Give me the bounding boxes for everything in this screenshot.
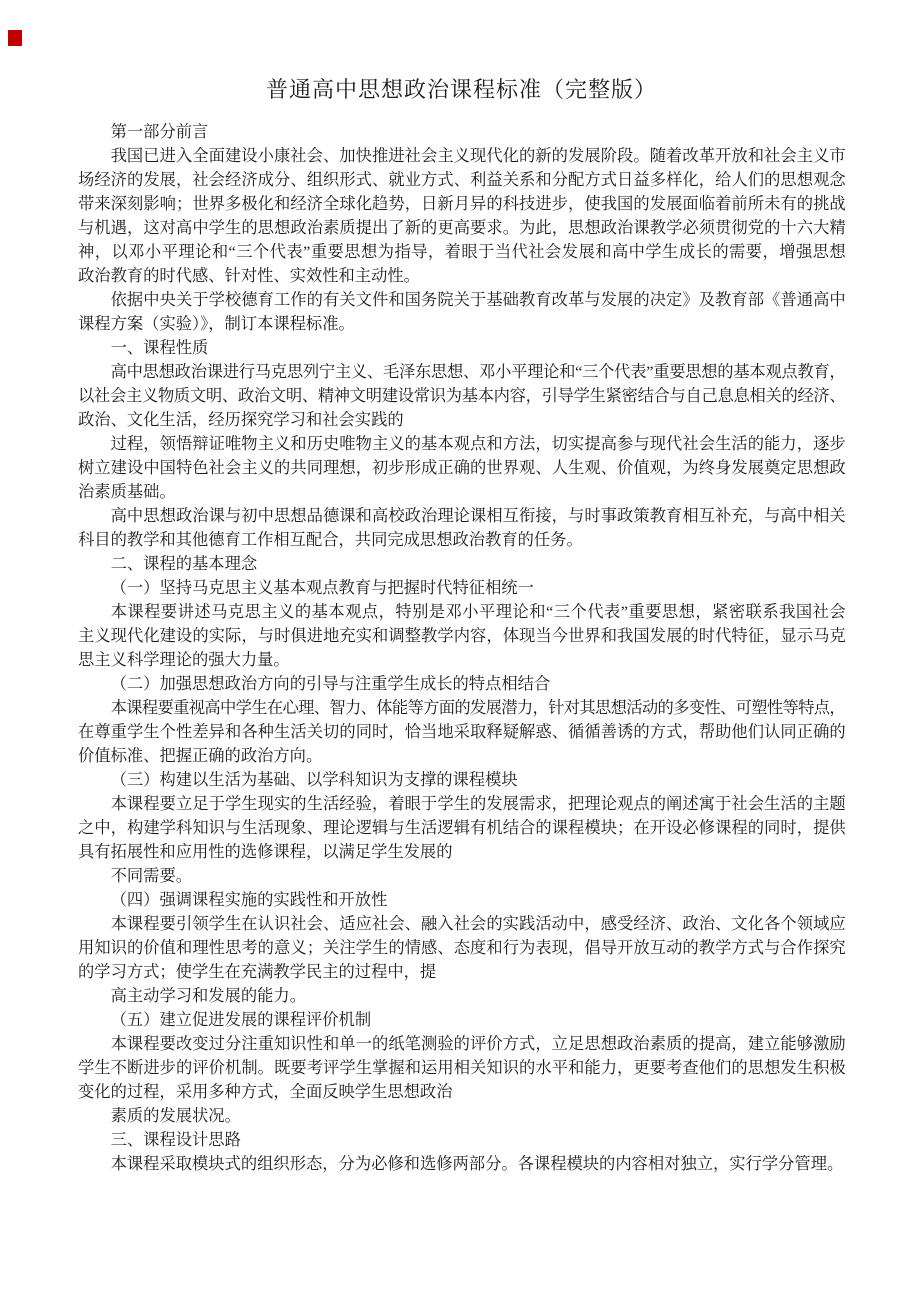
text-line: 政治教育的时代感、针对性、实效性和主动性。 (78, 264, 845, 288)
text-line: 神，以邓小平理论和“三个代表”重要思想为指导，着眼于当代社会发展和高中学生成长的… (78, 240, 845, 264)
text-line: 高中思想政治课进行马克思列宁主义、毛泽东思想、邓小平理论和“三个代表”重要思想的… (78, 360, 845, 384)
text-line: 带来深刻影响；世界多极化和经济全球化趋势，日新月异的科技进步，使我国的发展面临着… (78, 192, 845, 216)
text-line: 之中，构建学科知识与生活现象、理论逻辑与生活逻辑有机结合的课程模块；在开设必修课… (78, 816, 845, 840)
text-line: 依据中央关于学校德育工作的有关文件和国务院关于基础教育改革与发展的决定》及教育部… (78, 288, 845, 312)
text-line: 不同需要。 (78, 864, 845, 888)
document-page: 普通高中思想政治课程标准（完整版） 第一部分前言我国已进入全面建设小康社会、加快… (0, 0, 920, 1302)
text-line: 与机遇，这对高中学生的思想政治素质提出了新的更高要求。为此，思想政治课教学必须贯… (78, 216, 845, 240)
text-line: 高主动学习和发展的能力。 (78, 984, 845, 1008)
red-annotation-marker (8, 30, 22, 46)
text-line: 治素质基础。 (78, 480, 845, 504)
text-line: 本课程要重视高中学生在心理、智力、体能等方面的发展潜力，针对其思想活动的多变性、… (78, 696, 845, 720)
text-line: 树立建设中国特色社会主义的共同理想，初步形成正确的世界观、人生观、价值观，为终身… (78, 456, 845, 480)
text-line: （一）坚持马克思主义基本观点教育与把握时代特征相统一 (78, 576, 845, 600)
text-line: 以社会主义物质文明、政治文明、精神文明建设常识为基本内容，引导学生紧密结合与自己… (78, 384, 845, 408)
text-line: 具有拓展性和应用性的选修课程，以满足学生发展的 (78, 840, 845, 864)
text-line: 我国已进入全面建设小康社会、加快推进社会主义现代化的新的发展阶段。随着改革开放和… (78, 144, 845, 168)
text-line: 场经济的发展，社会经济成分、组织形式、就业方式、利益关系和分配方式日益多样化，给… (78, 168, 845, 192)
text-line: 变化的过程，采用多种方式，全面反映学生思想政治 (78, 1080, 845, 1104)
text-line: 本课程采取模块式的组织形态，分为必修和选修两部分。各课程模块的内容相对独立，实行… (78, 1152, 845, 1176)
text-line: 素质的发展状况。 (78, 1104, 845, 1128)
text-line: 政治、文化生活，经历探究学习和社会实践的 (78, 408, 845, 432)
text-line: 课程方案（实验）》，制订本课程标准。 (78, 312, 845, 336)
document-title: 普通高中思想政治课程标准（完整版） (78, 76, 845, 104)
text-line: （五）建立促进发展的课程评价机制 (78, 1008, 845, 1032)
text-line: 科目的教学和其他德育工作相互配合，共同完成思想政治教育的任务。 (78, 528, 845, 552)
text-line: 在尊重学生个性差异和各种生活关切的同时，恰当地采取释疑解惑、循循善诱的方式，帮助… (78, 720, 845, 744)
text-line: 三、课程设计思路 (78, 1128, 845, 1152)
text-line: （二）加强思想政治方向的引导与注重学生成长的特点相结合 (78, 672, 845, 696)
text-line: 思主义科学理论的强大力量。 (78, 648, 845, 672)
document-body: 第一部分前言我国已进入全面建设小康社会、加快推进社会主义现代化的新的发展阶段。随… (78, 120, 845, 1176)
text-line: 第一部分前言 (78, 120, 845, 144)
text-line: 本课程要立足于学生现实的生活经验，着眼于学生的发展需求，把理论观点的阐述寓于社会… (78, 792, 845, 816)
text-line: 一、课程性质 (78, 336, 845, 360)
text-line: 本课程要引领学生在认识社会、适应社会、融入社会的实践活动中，感受经济、政治、文化… (78, 912, 845, 936)
text-line: 价值标准、把握正确的政治方向。 (78, 744, 845, 768)
text-line: 高中思想政治课与初中思想品德课和高校政治理论课相互衔接，与时事政策教育相互补充，… (78, 504, 845, 528)
text-line: 的学习方式；使学生在充满教学民主的过程中，提 (78, 960, 845, 984)
text-line: 主义现代化建设的实际，与时俱进地充实和调整教学内容，体现当今世界和我国发展的时代… (78, 624, 845, 648)
text-line: 本课程要改变过分注重知识性和单一的纸笔测验的评价方式，立足思想政治素质的提高，建… (78, 1032, 845, 1056)
text-line: 学生不断进步的评价机制。既要考评学生掌握和运用相关知识的水平和能力，更要考查他们… (78, 1056, 845, 1080)
text-line: 本课程要讲述马克思主义的基本观点，特别是邓小平理论和“三个代表”重要思想，紧密联… (78, 600, 845, 624)
text-line: （四）强调课程实施的实践性和开放性 (78, 888, 845, 912)
text-line: （三）构建以生活为基础、以学科知识为支撑的课程模块 (78, 768, 845, 792)
document-content: 普通高中思想政治课程标准（完整版） 第一部分前言我国已进入全面建设小康社会、加快… (78, 76, 845, 1176)
text-line: 过程，领悟辩证唯物主义和历史唯物主义的基本观点和方法，切实提高参与现代社会生活的… (78, 432, 845, 456)
text-line: 用知识的价值和理性思考的意义；关注学生的情感、态度和行为表现，倡导开放互动的教学… (78, 936, 845, 960)
text-line: 二、课程的基本理念 (78, 552, 845, 576)
